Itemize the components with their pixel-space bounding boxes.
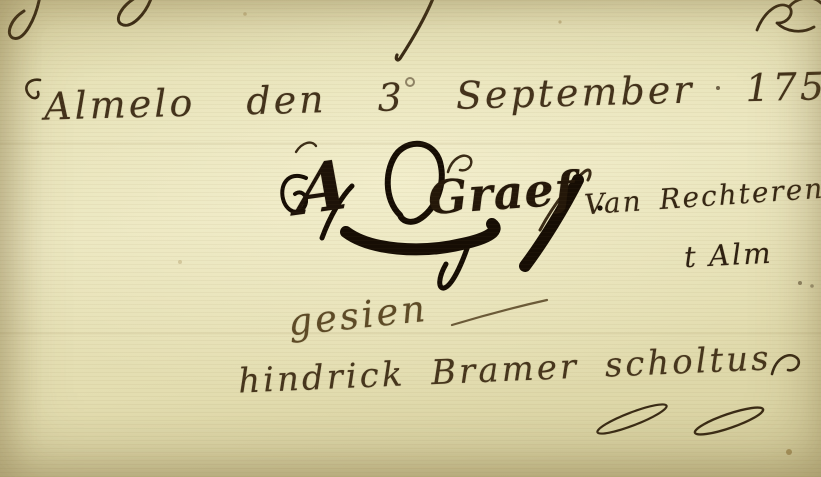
countersignature-bramer: hindrick Bramer scholtus <box>237 338 772 401</box>
gesien-annotation: gesien <box>286 287 430 344</box>
paper-crease-lower <box>0 332 821 335</box>
faint-dot-1 <box>798 281 802 285</box>
gesien-tail-icon <box>452 300 547 325</box>
lead-curl-icon <box>26 80 40 98</box>
paper-crease-upper <box>0 142 821 145</box>
descender-loop-left-icon <box>9 0 40 38</box>
cutoff-strokes-top <box>9 0 821 60</box>
signature-name-graef: Graef <box>426 161 577 225</box>
signature-underblot-icon <box>346 224 495 249</box>
faint-dot-2 <box>810 284 814 288</box>
scholtus-end-curl-icon <box>772 355 799 374</box>
dateline-text: Almelo den 3 September 1751 <box>44 63 821 128</box>
scholtus-loop-1-icon <box>595 400 669 439</box>
descender-stem-center-icon <box>396 0 434 60</box>
descender-loop-left2-icon <box>118 0 152 25</box>
scholtus-loop-2-icon <box>693 403 766 440</box>
signature-initial: A <box>295 144 350 233</box>
flourish-top-right-icon <box>757 0 821 31</box>
signature-place-almelo: t Alm <box>683 236 773 275</box>
signature-descender-loop-icon <box>440 240 470 288</box>
signature-family-van-rechteren: Van Rechteren <box>583 172 821 222</box>
manuscript-page: Almelo den 3 September 1751 A Graef Van … <box>0 0 821 477</box>
ink-blob-icon <box>514 246 550 280</box>
stain-speck-1 <box>786 449 792 455</box>
stain-speck-3 <box>178 260 182 264</box>
stain-speck-4 <box>243 12 247 16</box>
stain-speck-2 <box>558 20 561 23</box>
